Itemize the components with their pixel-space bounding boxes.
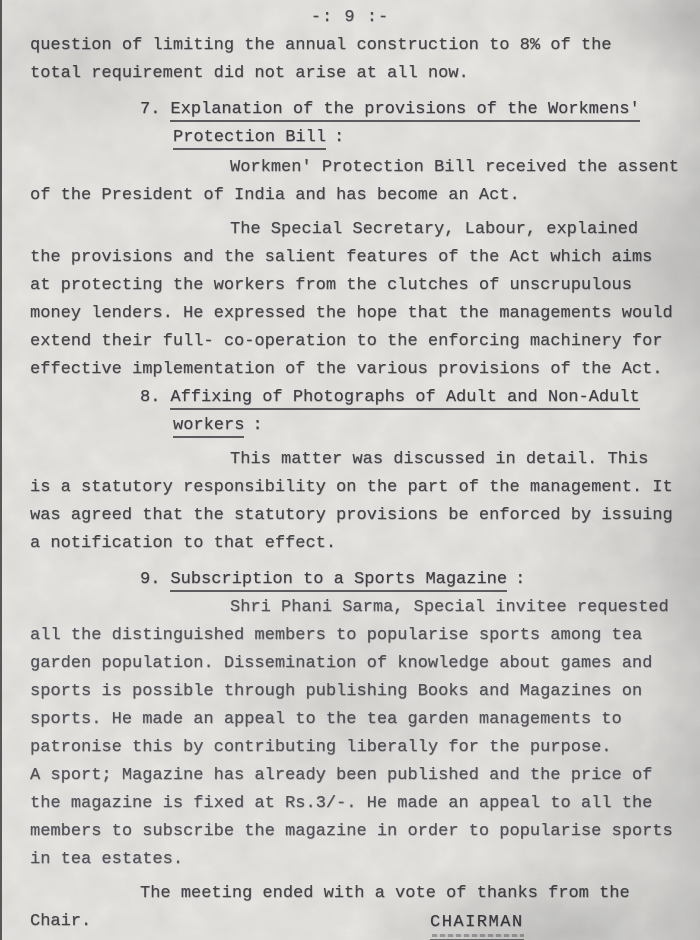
heading-colon: : (515, 570, 525, 589)
text-line: members to subscribe the magazine in ord… (30, 818, 700, 846)
section-7-title-line1: Explanation of the provisions of the Wor… (170, 100, 639, 122)
section-9-title: Subscription to a Sports Magazine (170, 570, 507, 592)
text-line: a notification to that effect. (30, 530, 700, 558)
heading-line: Protection Bill: (140, 124, 700, 152)
text-line: the provisions and the salient features … (30, 244, 700, 272)
text-line: garden population. Dissemination of know… (30, 650, 700, 678)
text-line: the magazine is fixed at Rs.3/-. He made… (30, 790, 700, 818)
text-line: Chair. (30, 908, 700, 936)
text-line: at protecting the workers from the clutc… (30, 272, 700, 300)
text-line: was agreed that the statutory provisions… (30, 502, 700, 530)
heading-line: 8.Affixing of Photographs of Adult and N… (140, 384, 700, 412)
heading-line: 7.Explanation of the provisions of the W… (140, 96, 700, 124)
heading-line: workers: (140, 412, 700, 440)
text-line: extend their full- co-operation to the e… (30, 328, 700, 356)
text-line: patronise this by contributing liberally… (30, 734, 700, 762)
text-line: all the distinguished members to popular… (30, 622, 700, 650)
text-line: total requirement did not arise at all n… (30, 60, 700, 88)
section-9-number: 9. (140, 570, 160, 589)
scan-edge-shadow (0, 0, 2, 940)
section-8-title-line1: Affixing of Photographs of Adult and Non… (170, 388, 639, 410)
section-9-paragraph-1: Shri Phani Sarma, Special invitee reques… (30, 594, 700, 874)
signature-stamp-smudge (432, 934, 524, 937)
section-7-heading: 7.Explanation of the provisions of the W… (140, 96, 700, 152)
section-7-paragraph-2: The Special Secretary, Labour, explained… (30, 216, 700, 384)
page-number: -: 9 :- (0, 4, 700, 32)
text-line: This matter was discussed in detail. Thi… (30, 446, 700, 474)
text-line: question of limiting the annual construc… (30, 32, 700, 60)
text-line: money lenders. He expressed the hope tha… (30, 300, 700, 328)
text-line: in tea estates. (30, 846, 700, 874)
heading-colon: : (334, 128, 344, 147)
text-line: sports is possible through publishing Bo… (30, 678, 700, 706)
section-9-heading: 9.Subscription to a Sports Magazine: (140, 566, 700, 594)
scanned-document-page: -: 9 :- question of limiting the annual … (0, 0, 700, 940)
heading-line: 9.Subscription to a Sports Magazine: (140, 566, 700, 594)
text-line: The Special Secretary, Labour, explained (30, 216, 700, 244)
section-8-number: 8. (140, 388, 160, 407)
text-line: Workmen' Protection Bill received the as… (30, 154, 700, 182)
text-line: The meeting ended with a vote of thanks … (30, 880, 700, 908)
section-7-paragraph-1: Workmen' Protection Bill received the as… (30, 154, 700, 210)
text-line: sports. He made an appeal to the tea gar… (30, 706, 700, 734)
section-8-title-line2: workers (173, 416, 244, 438)
section-8-paragraph-1: This matter was discussed in detail. Thi… (30, 446, 700, 558)
section-7-number: 7. (140, 100, 160, 119)
heading-colon: : (252, 416, 262, 435)
intro-paragraph: question of limiting the annual construc… (30, 32, 700, 88)
closing-paragraph: The meeting ended with a vote of thanks … (30, 880, 700, 936)
text-line: A sport; Magazine has already been publi… (30, 762, 700, 790)
text-line: effective implementation of the various … (30, 356, 700, 384)
text-line: of the President of India and has become… (30, 182, 700, 210)
section-7-title-line2: Protection Bill (173, 128, 326, 150)
text-line: Shri Phani Sarma, Special invitee reques… (30, 594, 700, 622)
text-line: is a statutory responsibility on the par… (30, 474, 700, 502)
section-8-heading: 8.Affixing of Photographs of Adult and N… (140, 384, 700, 440)
